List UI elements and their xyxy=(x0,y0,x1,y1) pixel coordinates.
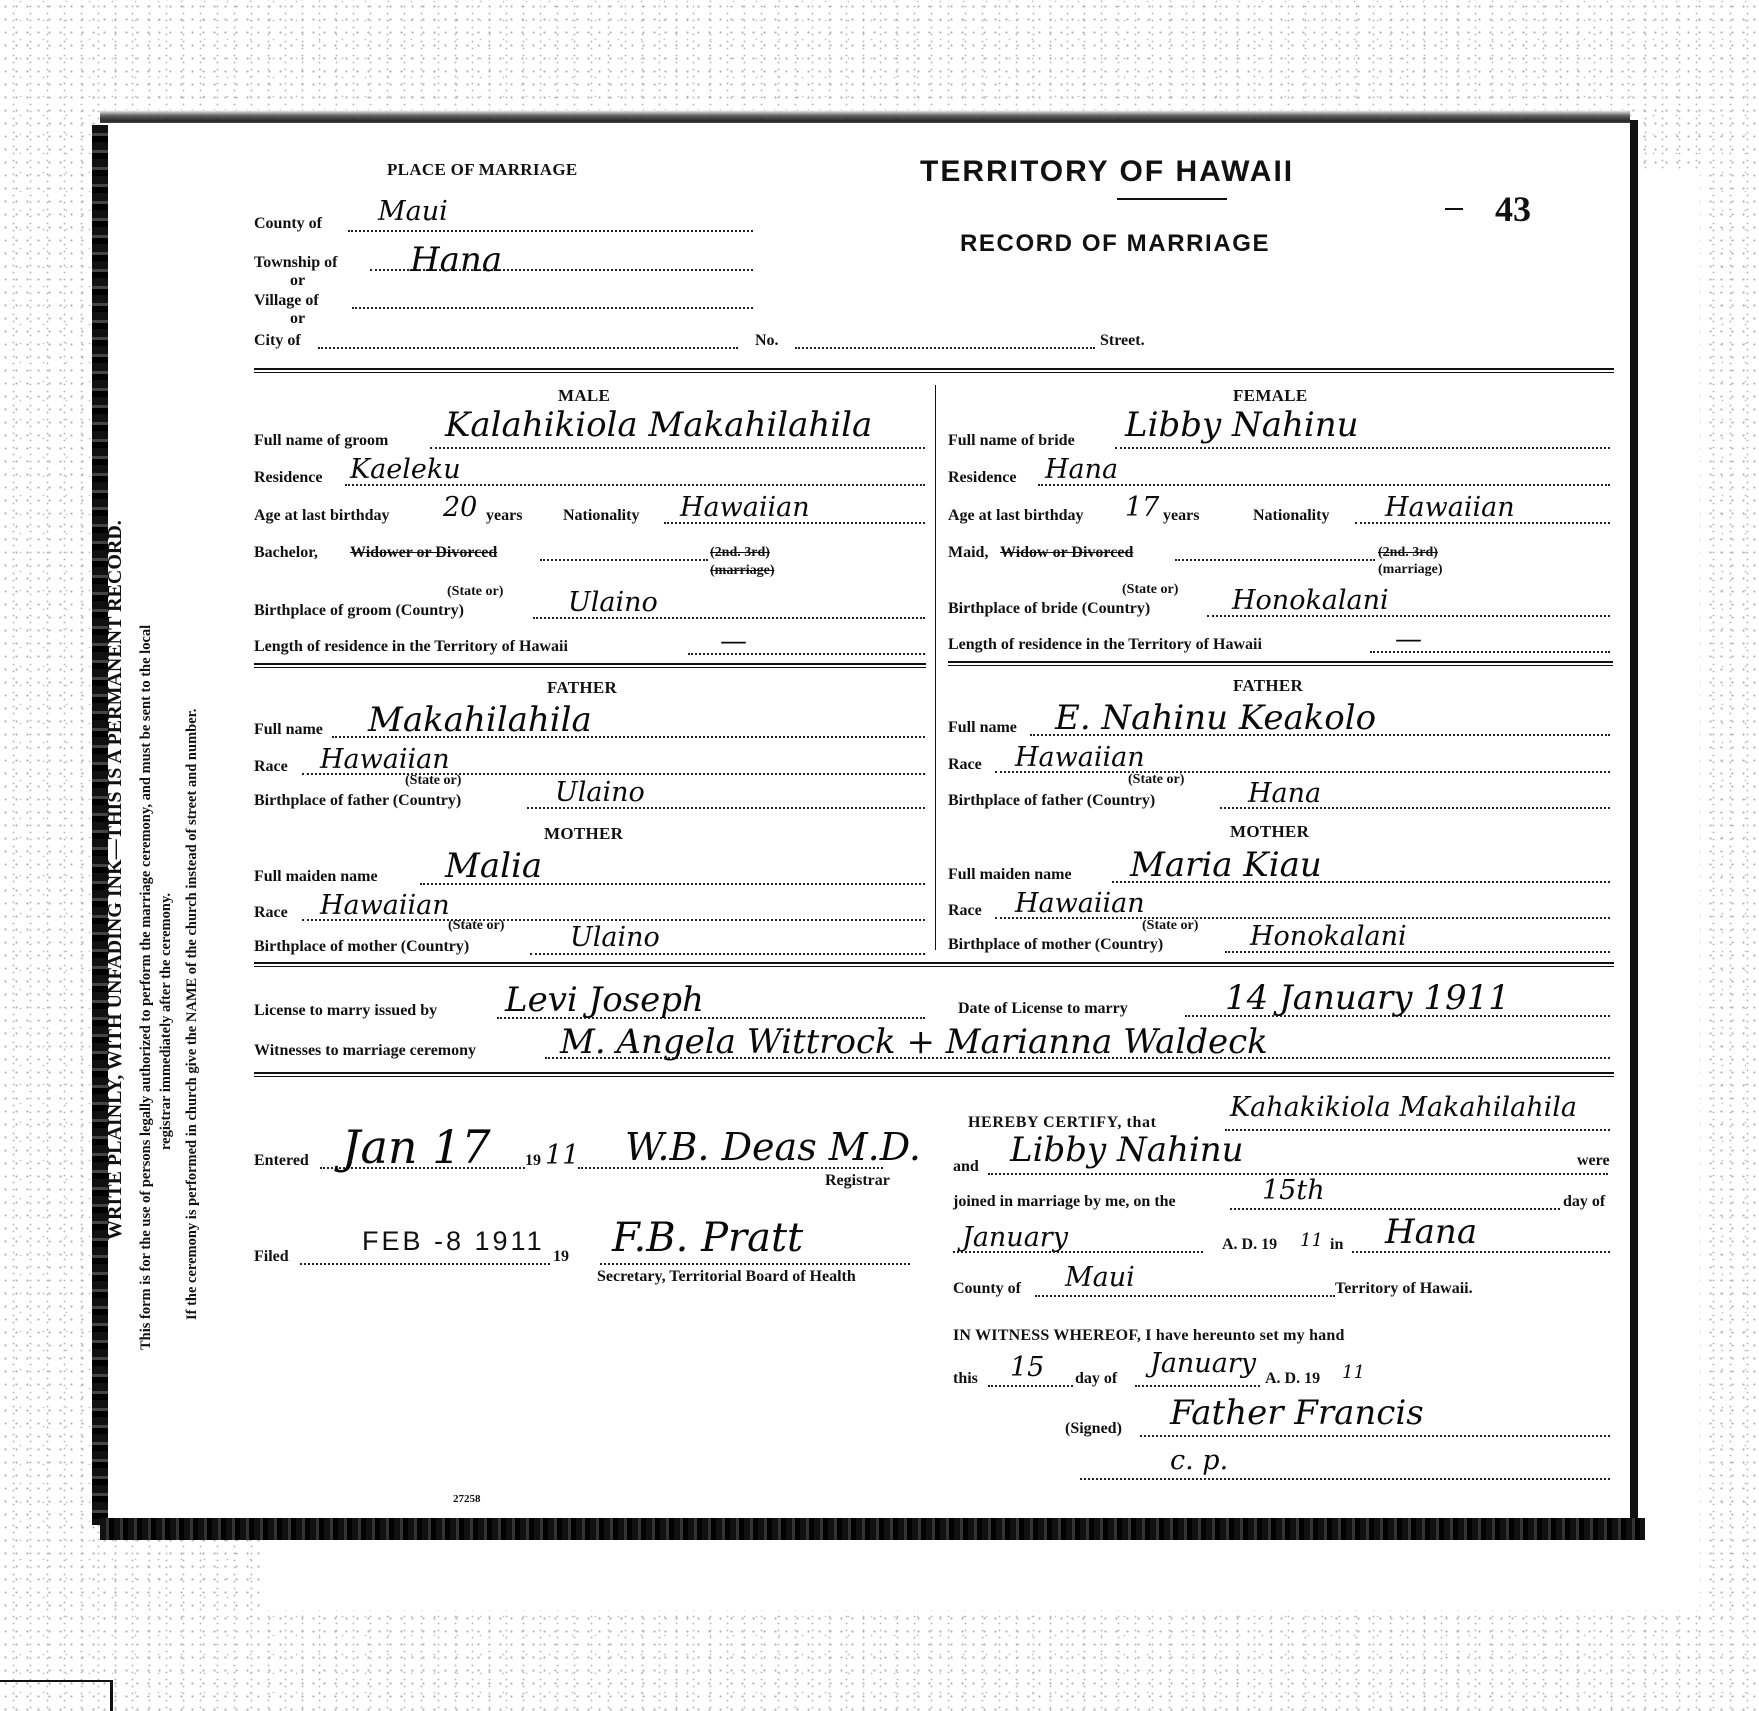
officiant-title-dotline xyxy=(1080,1476,1610,1480)
paper-edge-right xyxy=(1630,120,1638,1530)
certify-dotline xyxy=(1225,1127,1610,1131)
this-label: this xyxy=(953,1370,978,1388)
filed-stamp: FEB -8 1911 xyxy=(362,1226,545,1257)
joined-dotline xyxy=(1230,1206,1560,1210)
bride-mother-heading: MOTHER xyxy=(1230,822,1309,842)
groom-name-dotline xyxy=(430,445,925,449)
officiant-title-value[interactable]: c. p. xyxy=(1170,1445,1228,1476)
ad-label: A. D. 19 xyxy=(1222,1236,1277,1254)
groom-father-birthplace-value[interactable]: Ulaino xyxy=(555,777,645,808)
column-divider xyxy=(935,385,936,950)
bride-residence-value[interactable]: Hana xyxy=(1045,454,1118,485)
scan-artifact-line xyxy=(0,1680,110,1682)
certify-groom-value[interactable]: Kahakikiola Makahilahila xyxy=(1230,1092,1577,1123)
groom-mother-race-value[interactable]: Hawaiian xyxy=(320,890,450,921)
signed-dotline xyxy=(1140,1433,1610,1437)
groom-age-label: Age at last birthday xyxy=(254,507,390,525)
groom-nationality-value[interactable]: Hawaiian xyxy=(680,492,810,523)
bride-mother-race-label: Race xyxy=(948,902,982,920)
form-number: 27258 xyxy=(453,1493,481,1505)
registrar-signature[interactable]: W.B. Deas M.D. xyxy=(625,1125,921,1169)
witnesses-value[interactable]: M. Angela Wittrock + Marianna Waldeck xyxy=(560,1022,1268,1062)
bride-mother-name-value[interactable]: Maria Kiau xyxy=(1130,845,1322,885)
section-divider xyxy=(254,663,926,668)
were-label: were xyxy=(1577,1152,1610,1170)
entered-date-value[interactable]: Jan 17 xyxy=(342,1120,491,1174)
witness-ad-label: A. D. 19 xyxy=(1265,1370,1320,1388)
marriage-place-value[interactable]: Hana xyxy=(1385,1212,1477,1252)
bride-status-dotline xyxy=(1175,557,1375,561)
groom-mother-birthplace-value[interactable]: Ulaino xyxy=(570,922,660,953)
groom-birthplace-label: Birthplace of groom (Country) xyxy=(254,602,464,620)
bride-mother-state-or-label: (State or) xyxy=(1142,918,1198,934)
bride-mother-name-label: Full maiden name xyxy=(948,866,1072,884)
groom-father-birthplace-label: Birthplace of father (Country) xyxy=(254,792,461,810)
bride-residence-dotline xyxy=(1038,482,1610,486)
groom-state-or-label: (State or) xyxy=(447,584,503,600)
groom-name-label: Full name of groom xyxy=(254,432,388,450)
bride-nationality-value[interactable]: Hawaiian xyxy=(1385,492,1515,523)
bride-residence-label: Residence xyxy=(948,469,1016,487)
section-divider xyxy=(254,368,1614,373)
witness-day-of-label: day of xyxy=(1075,1370,1117,1388)
village-dotline xyxy=(352,305,753,309)
groom-mother-state-or-label: (State or) xyxy=(448,918,504,934)
bride-mother-race-value[interactable]: Hawaiian xyxy=(1015,888,1145,919)
document-title-record: RECORD OF MARRIAGE xyxy=(960,230,1270,258)
section-divider xyxy=(948,661,1613,666)
township-label: Township of xyxy=(254,254,337,272)
margin-instruction-permanent-record: WRITE PLAINLY, WITH UNFADING INK—THIS IS… xyxy=(104,520,127,1240)
or-label: or xyxy=(290,310,305,328)
groom-father-race-label: Race xyxy=(254,758,288,776)
village-label: Village of xyxy=(254,292,319,310)
marriage-year-value[interactable]: 11 xyxy=(1300,1230,1323,1251)
bride-father-name-value[interactable]: E. Nahinu Keakolo xyxy=(1055,698,1376,738)
county-value[interactable]: Maui xyxy=(378,196,448,227)
witness-day-dotline xyxy=(988,1383,1073,1387)
witness-whereof-label: IN WITNESS WHEREOF, I have hereunto set … xyxy=(953,1327,1345,1345)
witness-month-dotline xyxy=(1135,1383,1260,1387)
section-divider xyxy=(254,1072,1614,1077)
bride-birthplace-value[interactable]: Honokalani xyxy=(1232,585,1389,616)
witness-year-value[interactable]: 11 xyxy=(1342,1362,1365,1383)
bride-father-name-label: Full name xyxy=(948,719,1017,737)
bride-status-struck-label: Widow or Divorced xyxy=(1000,544,1133,562)
secretary-label: Secretary, Territorial Board of Health xyxy=(597,1268,856,1286)
city-label: City of xyxy=(254,332,301,350)
registrar-label: Registrar xyxy=(825,1172,890,1190)
witness-month-value[interactable]: January xyxy=(1150,1348,1256,1379)
section-divider xyxy=(254,962,1614,967)
license-issued-by-label: License to marry issued by xyxy=(254,1002,437,1020)
county-label: County of xyxy=(254,215,322,233)
day-of-label: day of xyxy=(1563,1193,1605,1211)
paper-edge-bottom xyxy=(100,1518,1645,1540)
street-dotline xyxy=(795,345,1095,349)
marriage-record-form xyxy=(100,123,1630,1523)
title-divider xyxy=(1117,198,1227,200)
bride-age-value[interactable]: 17 xyxy=(1125,492,1159,523)
bride-years-label: years xyxy=(1163,507,1199,525)
bride-name-value[interactable]: Libby Nahinu xyxy=(1125,405,1359,445)
groom-age-value[interactable]: 20 xyxy=(443,492,477,523)
license-date-label: Date of License to marry xyxy=(958,1000,1128,1018)
bride-mother-birthplace-value[interactable]: Honokalani xyxy=(1250,921,1407,952)
signed-label: (Signed) xyxy=(1065,1420,1122,1438)
groom-nationality-label: Nationality xyxy=(563,507,639,525)
groom-status-struck-label: Widower or Divorced xyxy=(350,544,497,562)
bride-father-state-or-label: (State or) xyxy=(1128,772,1184,788)
joined-label: joined in marriage by me, on the xyxy=(953,1193,1176,1211)
county-dotline xyxy=(348,228,753,232)
bride-father-heading: FATHER xyxy=(1233,676,1303,696)
certify-bride-value[interactable]: Libby Nahinu xyxy=(1010,1130,1244,1170)
township-value[interactable]: Hana xyxy=(410,240,502,280)
certificate-county-label: County of xyxy=(953,1280,1021,1298)
groom-father-state-or-label: (State or) xyxy=(405,773,461,789)
groom-residence-value[interactable]: Kaeleku xyxy=(350,454,461,485)
in-label: in xyxy=(1330,1236,1343,1254)
document-title-territory: TERRITORY OF HAWAII xyxy=(920,155,1294,189)
groom-status-label: Bachelor, xyxy=(254,544,318,562)
marriage-month-value[interactable]: January xyxy=(962,1222,1068,1253)
groom-mother-name-label: Full maiden name xyxy=(254,868,378,886)
groom-mother-name-value[interactable]: Malia xyxy=(445,846,542,886)
entered-year-value[interactable]: 11 xyxy=(545,1140,579,1171)
groom-birthplace-value[interactable]: Ulaino xyxy=(568,587,658,618)
bride-birthplace-label: Birthplace of bride (Country) xyxy=(948,600,1150,618)
bride-marriage-number-label: (2nd. 3rd) xyxy=(1378,545,1438,561)
bride-length-residence-value[interactable]: — xyxy=(1395,624,1422,655)
bride-name-label: Full name of bride xyxy=(948,432,1075,450)
and-label: and xyxy=(953,1158,979,1176)
secretary-dotline xyxy=(600,1261,910,1265)
filed-dotline xyxy=(300,1261,550,1265)
witnesses-label: Witnesses to marriage ceremony xyxy=(254,1042,476,1060)
record-number-dash xyxy=(1445,208,1463,210)
filed-label: Filed xyxy=(254,1248,289,1266)
bride-state-or-label: (State or) xyxy=(1122,582,1178,598)
bride-name-dotline xyxy=(1115,445,1610,449)
groom-father-race-value[interactable]: Hawaiian xyxy=(320,744,450,775)
marriage-day-value[interactable]: 15th xyxy=(1262,1175,1325,1206)
license-issued-by-value[interactable]: Levi Joseph xyxy=(505,980,704,1020)
groom-status-dotline xyxy=(540,557,708,561)
groom-mother-heading: MOTHER xyxy=(544,824,623,844)
groom-name-value[interactable]: Kalahikiola Makahilahila xyxy=(445,405,872,445)
bride-mother-birthplace-label: Birthplace of mother (Country) xyxy=(948,936,1163,954)
bride-status-label: Maid, xyxy=(948,544,988,562)
bride-age-label: Age at last birthday xyxy=(948,507,1084,525)
male-heading: MALE xyxy=(558,386,610,406)
scan-artifact-line xyxy=(110,1680,113,1711)
filed-year-prefix: 19 xyxy=(553,1248,569,1266)
bride-nationality-label: Nationality xyxy=(1253,507,1329,525)
certificate-county-dotline xyxy=(1035,1293,1335,1297)
license-date-value[interactable]: 14 January 1911 xyxy=(1225,978,1510,1018)
entered-year-prefix: 19 xyxy=(525,1152,541,1170)
city-dotline xyxy=(318,345,738,349)
bride-marriage-label: (marriage) xyxy=(1378,562,1443,578)
groom-residence-label: Residence xyxy=(254,469,322,487)
groom-father-name-value[interactable]: Makahilahila xyxy=(368,700,592,740)
groom-marriage-number-label: (2nd. 3rd) xyxy=(710,545,770,561)
groom-length-residence-label: Length of residence in the Territory of … xyxy=(254,638,568,656)
bride-father-race-label: Race xyxy=(948,756,982,774)
groom-marriage-label: (marriage) xyxy=(710,563,775,579)
groom-length-residence-value[interactable]: — xyxy=(720,626,747,657)
groom-father-name-label: Full name xyxy=(254,721,323,739)
bride-father-birthplace-label: Birthplace of father (Country) xyxy=(948,792,1155,810)
secretary-signature[interactable]: F.B. Pratt xyxy=(612,1215,803,1261)
place-of-marriage-heading: PLACE OF MARRIAGE xyxy=(387,160,578,180)
groom-father-heading: FATHER xyxy=(547,678,617,698)
street-number-label: No. xyxy=(755,332,779,350)
entered-label: Entered xyxy=(254,1152,309,1170)
or-label: or xyxy=(290,272,305,290)
margin-instruction-church: If the ceremony is performed in church g… xyxy=(184,709,201,1320)
margin-instruction-authorized-persons: This form is for the use of persons lega… xyxy=(138,625,155,1350)
bride-father-birthplace-value[interactable]: Hana xyxy=(1248,778,1321,809)
groom-mother-race-label: Race xyxy=(254,904,288,922)
margin-instruction-registrar: registrar immediately after the ceremony… xyxy=(158,893,175,1150)
bride-length-residence-label: Length of residence in the Territory of … xyxy=(948,636,1262,654)
territory-label: Territory of Hawaii. xyxy=(1335,1280,1473,1298)
officiant-signature[interactable]: Father Francis xyxy=(1170,1393,1424,1433)
witness-day-value[interactable]: 15 xyxy=(1010,1352,1044,1383)
bride-father-race-value[interactable]: Hawaiian xyxy=(1015,742,1145,773)
certificate-county-value[interactable]: Maui xyxy=(1065,1262,1135,1293)
record-number: 43 xyxy=(1495,188,1531,230)
street-label: Street. xyxy=(1100,332,1145,350)
groom-mother-birthplace-label: Birthplace of mother (Country) xyxy=(254,938,469,956)
groom-years-label: years xyxy=(486,507,522,525)
female-heading: FEMALE xyxy=(1233,386,1308,406)
